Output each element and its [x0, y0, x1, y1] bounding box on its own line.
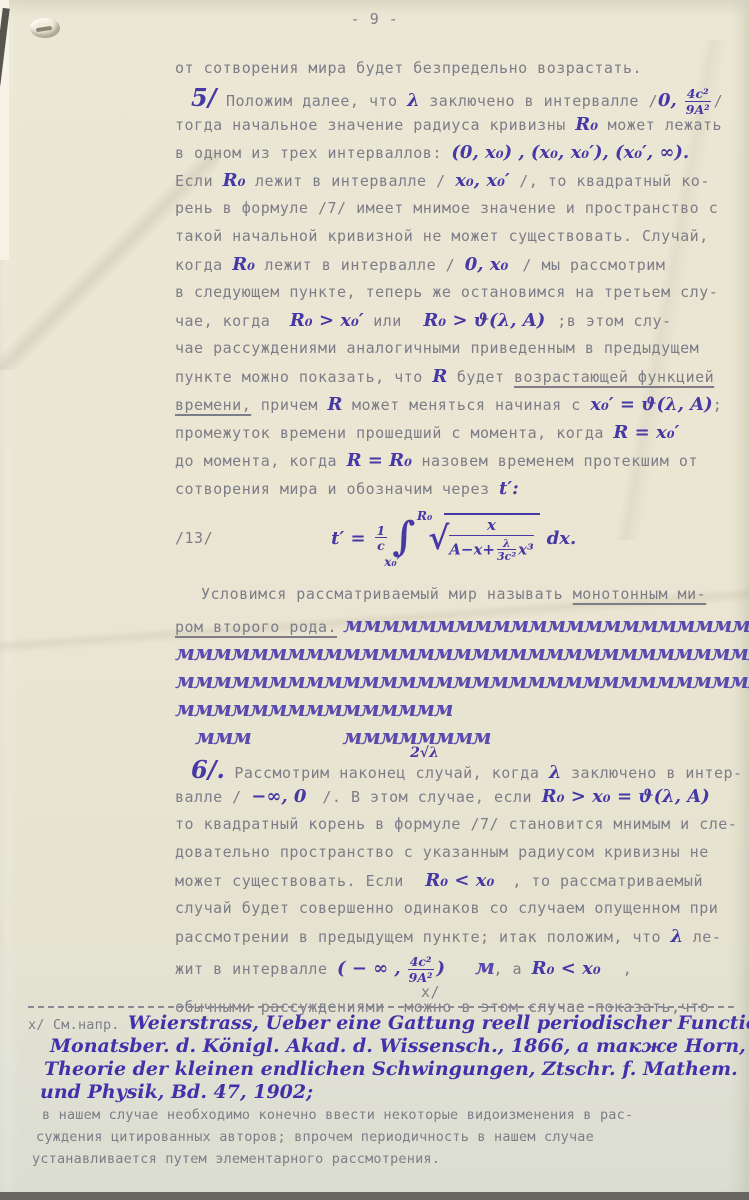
text-line: в одном из трех интерваллов: (0, x₀) , (…	[175, 142, 737, 170]
paragraph-6-start: 6/. Рассмотрим наконец случай, когда λ з…	[175, 758, 737, 786]
handwritten-text: λ	[549, 762, 562, 783]
handwritten-text: R₀	[223, 170, 246, 191]
manuscript-page: - 9 - от сотворения мира будет безпредел…	[0, 0, 749, 1200]
text-line: чае рассуждениями аналогичными приведенн…	[175, 338, 737, 366]
equation-13-label: /13/	[175, 529, 213, 547]
ink-scribble: м	[475, 954, 493, 979]
text-line: сотворения мира и обозначим через t′:	[175, 478, 737, 506]
handwritten-text: Monatsber. d. Königl. Akad. d. Wissensch…	[50, 1035, 749, 1057]
typed-text: в следующем пункте, теперь же остановимс…	[175, 283, 718, 301]
staple-hole	[30, 18, 60, 38]
text-line: в нашем случае необходимо конечно ввести…	[28, 1104, 734, 1126]
radicand: xA−x+λ3c²x³	[444, 513, 539, 563]
text-line: суждения цитированных авторов; впрочем п…	[28, 1126, 734, 1148]
handwritten-text: t′:	[499, 478, 519, 499]
typed-text: от сотворения мира будет безпредельно во…	[175, 59, 642, 77]
coefficient-fraction: 1c	[375, 524, 388, 552]
typed-text: довательно пространство с указанным ради…	[175, 843, 709, 861]
typed-text: возрастающей функцией	[514, 368, 714, 386]
ink-scribble: мммммммммммммммммммммммммм	[343, 612, 749, 637]
handwritten-text: x₀′ = ϑ(λ, A)	[590, 394, 712, 415]
typed-text: Положим далее, что	[216, 92, 407, 110]
text-line: Monatsber. d. Königl. Akad. d. Wissensch…	[28, 1035, 734, 1058]
integral-lower-limit: x₀′	[384, 555, 400, 569]
handwritten-text: Weierstrass, Ueber eine Gattung reell pe…	[128, 1012, 749, 1034]
text-line: промежуток времени прошедший с момента, …	[175, 422, 737, 450]
handwritten-text: R = R₀	[347, 450, 412, 471]
typed-text: ;	[713, 396, 723, 414]
footnote-typed-lines: в нашем случае необходимо конечно ввести…	[28, 1104, 734, 1170]
text-line: довательно пространство с указанным ради…	[175, 842, 737, 870]
typed-text: может меняться начиная с	[342, 396, 590, 414]
handwritten-text: Theorie der kleinen endlichen Schwingung…	[44, 1058, 738, 1080]
integral-upper-limit: R₀	[417, 509, 432, 523]
text-line: рень в формуле /7/ имеет мнимое значение…	[175, 198, 737, 226]
typed-text: Условимся рассматриваемый мир называть	[201, 585, 573, 603]
handwritten-text: R₀ < x₀	[532, 958, 601, 979]
typed-text: назовем временем протекшим от	[412, 452, 698, 470]
typed-text: ром второго рода.	[175, 618, 337, 636]
differential: dx.	[547, 528, 577, 549]
handwritten-text: (0, x₀) , (x₀, x₀′), (x₀′, ∞).	[451, 142, 689, 163]
typed-text: Рассмотрим наконец случай, когда	[225, 764, 549, 782]
paragraph-5-start: 5/ Положим далее, что λ заключено в инте…	[175, 86, 737, 114]
equation-13-handwritten: t′ = 1c ∫ R₀ x₀′ √xA−x+λ3c²x³ dx.	[331, 513, 576, 563]
typed-text: времени,	[175, 396, 251, 414]
typed-text: ;в этом слу-	[557, 312, 671, 330]
text-line: устанавливается путем элементарного расс…	[28, 1148, 734, 1170]
typed-text: /, то квадратный ко-	[510, 172, 710, 190]
text-line: Theorie der kleinen endlichen Schwingung…	[28, 1058, 734, 1081]
typed-text: в одном из трех интерваллов:	[175, 144, 451, 162]
typed-text: чае, когда	[175, 312, 280, 330]
handwritten-text: R = x₀′	[613, 422, 679, 443]
text-line: рассмотрении в предыдущем пункте; итак п…	[175, 926, 737, 954]
typed-text: ,	[623, 960, 633, 978]
footnote-separator	[28, 1006, 734, 1008]
handwritten-text: 0, x₀	[465, 254, 509, 275]
typed-text: / мы рассмотрим	[522, 256, 665, 274]
body-text: от сотворения мира будет безпредельно во…	[175, 58, 737, 1025]
text-line: Если R₀ лежит в интервалле / x₀, x₀′ /, …	[175, 170, 737, 198]
typed-text: лежит в интервалле /	[255, 256, 465, 274]
text-line: от сотворения мира будет безпредельно во…	[175, 58, 737, 86]
handwritten-text: R₀ > ϑ(λ, A)	[423, 310, 545, 331]
body-lines-after: Условимся рассматриваемый мир называть м…	[175, 584, 737, 1025]
typed-text: /. В этом случае, если	[322, 788, 541, 806]
handwritten-fraction: 4c²9A²	[408, 955, 434, 983]
integral-sign: ∫ R₀ x₀′	[392, 513, 418, 563]
text-line: когда R₀ лежит в интервалле / 0, x₀/ мы …	[175, 254, 737, 282]
footnote-marker: x/	[175, 982, 737, 997]
typed-text: тогда начальное значение радиуса кривизн…	[175, 116, 575, 134]
typed-text: может существовать. Если	[175, 872, 413, 890]
typed-text: x/ См.напр.	[28, 1017, 128, 1033]
handwritten-text: )	[437, 958, 446, 979]
typed-text: жит в интервалле	[175, 960, 337, 978]
text-line: тогда начальное значение радиуса кривизн…	[175, 114, 737, 142]
typed-text: рень в формуле /7/ имеет мнимое значение…	[175, 199, 718, 217]
typed-text: промежуток времени прошедший с момента, …	[175, 424, 613, 442]
handwritten-text: λ	[407, 90, 420, 111]
typed-text: случай будет совершенно одинаков со случ…	[175, 899, 718, 917]
handwritten-text: 5/	[191, 83, 216, 112]
text-line: und Physik, Bd. 47, 1902;	[28, 1081, 734, 1104]
text-line: валле / −∞, 0/. В этом случае, если R₀ >…	[175, 786, 737, 814]
ink-scribble: ммм	[195, 724, 250, 749]
typed-text: суждения цитированных авторов; впрочем п…	[36, 1129, 594, 1145]
ink-scribble: мммммммммммммммммммммммммммммммммммммммм…	[175, 668, 749, 693]
equation-13: /13/ t′ = 1c ∫ R₀ x₀′ √xA−x+λ3c²x³ dx.	[175, 506, 737, 570]
text-line: в следующем пункте, теперь же остановимс…	[175, 282, 737, 310]
handwritten-text: 6/.	[191, 755, 225, 784]
text-line: до момента, когда R = R₀ назовем времене…	[175, 450, 737, 478]
page-number: - 9 -	[351, 10, 399, 28]
text-line: x/ См.напр. Weierstrass, Ueber eine Gatt…	[28, 1012, 734, 1035]
handwritten-text: λ	[671, 926, 684, 947]
typed-text: пункте можно показать, что	[175, 368, 432, 386]
typed-text: причем	[251, 396, 327, 414]
typed-text: то квадратный корень в формуле /7/ стано…	[175, 815, 737, 833]
typed-text: чае рассуждениями аналогичными приведенн…	[175, 339, 699, 357]
struck-equation-14: ммммммммммм2√λ	[175, 724, 737, 758]
ink-scribble: ммммммммммммммм	[175, 696, 452, 721]
handwritten-text: R₀ > x₀ = ϑ(λ, A)	[542, 786, 710, 807]
text-line: может существовать. Если R₀ < x₀, то рас…	[175, 870, 737, 898]
typed-text: в нашем случае необходимо конечно ввести…	[42, 1107, 633, 1123]
body-lines-before: от сотворения мира будет безпредельно во…	[175, 58, 737, 506]
handwritten-text: und Physik, Bd. 47, 1902;	[40, 1081, 313, 1103]
typed-text: или	[364, 312, 412, 330]
text-line: жит в интервалле ( − ∞ ,4c²9A²)м, а R₀ <…	[175, 954, 737, 982]
typed-text: лежит в интервалле /	[246, 172, 456, 190]
text-line: такой начальной кривизной не может сущес…	[175, 226, 737, 254]
handwritten-text: −∞, 0	[251, 786, 306, 807]
equation-lhs: t′ =	[331, 528, 365, 549]
text-line: ммммммммммммммм	[175, 696, 737, 724]
typed-text: /	[714, 92, 724, 110]
typed-text: заключено в интервалле /	[420, 92, 658, 110]
handwritten-text: R₀	[232, 254, 255, 275]
text-line: мммммммммммммммммммммммммммммммммммммммм…	[175, 640, 737, 668]
typed-text: может лежать	[598, 116, 722, 134]
handwritten-text: R	[328, 394, 343, 415]
text-line: случай будет совершенно одинаков со случ…	[175, 898, 737, 926]
handwritten-fraction: 4c²9A²	[685, 87, 711, 115]
handwritten-text: ( − ∞ ,	[337, 958, 401, 979]
handwritten-text: R₀ > x₀′	[290, 310, 364, 331]
handwritten-text: 0,	[658, 90, 677, 111]
typed-text: сотворения мира и обозначим через	[175, 480, 499, 498]
typed-text: устанавливается путем элементарного расс…	[32, 1151, 440, 1167]
handwritten-text: R₀ < x₀	[425, 870, 494, 891]
text-line: чае, когда R₀ > x₀′ или R₀ > ϑ(λ, A);в э…	[175, 310, 737, 338]
typed-text: валле /	[175, 788, 251, 806]
handwritten-text: x₀, x₀′	[455, 170, 510, 191]
typed-text: , то рассматриваемый	[512, 872, 703, 890]
text-line: Условимся рассматриваемый мир называть м…	[175, 584, 737, 612]
text-line: времени, причем R может меняться начиная…	[175, 394, 737, 422]
footnote-handwritten-lines: x/ См.напр. Weierstrass, Ueber eine Gatt…	[28, 1012, 734, 1104]
typed-text: когда	[175, 256, 232, 274]
typed-text: будет	[447, 368, 514, 386]
ink-scribble: мммммммммммммммммммммммммммммммммммммммм…	[175, 640, 749, 665]
typed-text: рассмотрении в предыдущем пункте; итак п…	[175, 928, 671, 946]
text-line: то квадратный корень в формуле /7/ стано…	[175, 814, 737, 842]
typed-text: монотонным ми-	[573, 585, 706, 603]
typed-text: Если	[175, 172, 223, 190]
text-line: мммммммммммммммммммммммммммммммммммммммм…	[175, 668, 737, 696]
typed-text: , а	[494, 960, 532, 978]
handwritten-text: R₀	[575, 114, 598, 135]
typed-text: до момента, когда	[175, 452, 347, 470]
typed-text: заключено в интер-	[562, 764, 743, 782]
footnote-block: x/ См.напр. Weierstrass, Ueber eine Gatt…	[28, 1006, 734, 1170]
text-line: ром второго рода.ммммммммммммммммммммммм…	[175, 612, 737, 640]
typed-text: такой начальной кривизной не может сущес…	[175, 227, 709, 245]
text-line: пункте можно показать, что R будет возра…	[175, 366, 737, 394]
scan-edge-bottom	[0, 1192, 749, 1200]
typed-text: ле-	[683, 928, 721, 946]
handwritten-text: R	[432, 366, 447, 387]
